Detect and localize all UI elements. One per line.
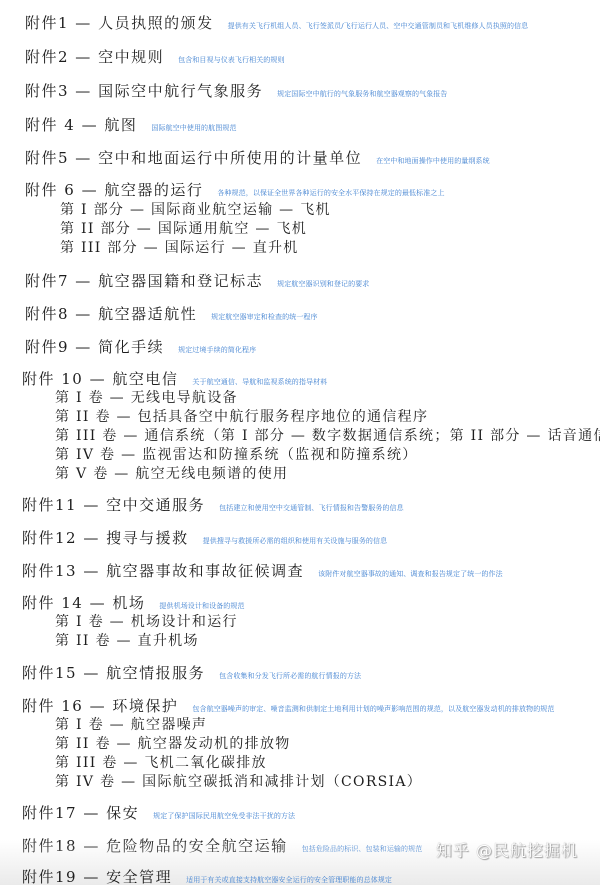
annex-description: 包括建立和使用空中交通管制、飞行情报和告警服务的信息 <box>219 503 404 513</box>
annex-16-volume-2: 第 II 卷 — 航空器发动机的排放物 <box>55 733 291 753</box>
annex-1-row: 附件1 — 人员执照的颁发 提供有关飞行机组人员、飞行签派员/飞行运行人员、空中… <box>25 12 528 33</box>
annex-10-volume-3: 第 III 卷 — 通信系统（第 I 部分 — 数字数据通信系统；第 II 部分… <box>55 425 600 445</box>
annex-title: 附件13 — 航空器事故和事故征候调查 <box>22 560 304 581</box>
annex-9-row: 附件9 — 简化手续 规定过境手续的简化程序 <box>25 336 256 357</box>
annex-7-row: 附件7 — 航空器国籍和登记标志 规定航空器识别和登记的要求 <box>25 270 369 291</box>
annex-5-row: 附件5 — 空中和地面运行中所使用的计量单位 在空中和地面操作中使用的量纲系统 <box>25 147 490 168</box>
annex-3-row: 附件3 — 国际空中航行气象服务 规定国际空中航行的气象服务和航空器观察的气象报… <box>25 80 448 101</box>
annex-title: 附件11 — 空中交通服务 <box>22 494 205 515</box>
annex-title: 附件17 — 保安 <box>22 802 139 823</box>
annex-14-row: 附件 14 — 机场 提供机场设计和设备的规范 <box>22 592 245 613</box>
annex-description: 在空中和地面操作中使用的量纲系统 <box>376 156 490 166</box>
annex-13-row: 附件13 — 航空器事故和事故征候调查 该附件对航空器事故的通知、调查和报告规定… <box>22 560 503 581</box>
annex-description: 规定国际空中航行的气象服务和航空器观察的气象报告 <box>277 89 447 99</box>
annex-description: 适用于有关或直接支持航空器安全运行的安全管理职能的总体规定 <box>186 875 392 885</box>
annex-description: 规定航空器识别和登记的要求 <box>277 279 369 289</box>
annex-16-volume-3: 第 III 卷 — 飞机二氧化碳排放 <box>55 752 267 772</box>
annex-17-row: 附件17 — 保安 规定了保护国际民用航空免受非法干扰的方法 <box>22 802 295 823</box>
annex-title: 附件3 — 国际空中航行气象服务 <box>25 80 263 101</box>
annex-title: 附件19 — 安全管理 <box>22 866 172 885</box>
annex-description: 关于航空通信、导航和监视系统的指导材料 <box>192 377 327 387</box>
annex-description: 各种规范，以保证全世界各种运行的安全水平保持在规定的最低标准之上 <box>217 188 444 198</box>
annex-10-volume-1: 第 I 卷 — 无线电导航设备 <box>55 387 238 407</box>
annex-description: 包含收集和分发飞行所必需的航行情报的方法 <box>219 671 361 681</box>
annex-title: 附件 6 — 航空器的运行 <box>25 179 203 200</box>
annex-description: 国际航空中使用的航图规范 <box>151 123 236 133</box>
annex-description: 包含和目视与仪表飞行相关的规则 <box>178 55 285 65</box>
annex-6-part-3: 第 III 部分 — 国际运行 — 直升机 <box>60 237 299 257</box>
annex-19-row: 附件19 — 安全管理 适用于有关或直接支持航空器安全运行的安全管理职能的总体规… <box>22 866 392 885</box>
zhihu-watermark: 知乎 @民航挖掘机 <box>436 838 578 861</box>
annex-title: 附件2 — 空中规则 <box>25 46 164 67</box>
annex-14-volume-2: 第 II 卷 — 直升机场 <box>55 630 199 650</box>
annex-15-row: 附件15 — 航空情报服务 包含收集和分发飞行所必需的航行情报的方法 <box>22 662 361 683</box>
annex-title: 附件 10 — 航空电信 <box>22 368 178 389</box>
annex-10-volume-2: 第 II 卷 — 包括具备空中航行服务程序地位的通信程序 <box>55 406 428 426</box>
annex-description: 包含航空器噪声的审定、噪音监测和供制定土地利用计划的噪声影响范围的规范，以及航空… <box>192 704 554 714</box>
annex-description: 提供搜寻与救援所必需的组织和使用有关设施与服务的信息 <box>203 536 388 546</box>
annex-title: 附件7 — 航空器国籍和登记标志 <box>25 270 263 291</box>
annex-16-row: 附件 16 — 环境保护 包含航空器噪声的审定、噪音监测和供制定土地利用计划的噪… <box>22 695 555 716</box>
annex-title: 附件8 — 航空器适航性 <box>25 303 197 324</box>
annex-title: 附件12 — 搜寻与援救 <box>22 527 189 548</box>
annex-description: 该附件对航空器事故的通知、调查和报告规定了统一的作法 <box>318 569 503 579</box>
annex-title: 附件 4 — 航图 <box>25 114 137 135</box>
annex-title: 附件9 — 简化手续 <box>25 336 164 357</box>
annex-10-volume-4: 第 IV 卷 — 监视雷达和防撞系统（监视和防撞系统） <box>55 444 418 464</box>
annex-title: 附件15 — 航空情报服务 <box>22 662 205 683</box>
annex-8-row: 附件8 — 航空器适航性 规定航空器审定和检查的统一程序 <box>25 303 318 324</box>
annex-description: 规定过境手续的简化程序 <box>178 345 256 355</box>
annex-10-row: 附件 10 — 航空电信 关于航空通信、导航和监视系统的指导材料 <box>22 368 327 389</box>
annex-description: 规定了保护国际民用航空免受非法干扰的方法 <box>153 811 295 821</box>
annex-6-part-2: 第 II 部分 — 国际通用航空 — 飞机 <box>60 218 307 238</box>
annex-16-volume-1: 第 I 卷 — 航空器噪声 <box>55 714 207 734</box>
annex-11-row: 附件11 — 空中交通服务 包括建立和使用空中交通管制、飞行情报和告警服务的信息 <box>22 494 404 515</box>
annex-6-row: 附件 6 — 航空器的运行 各种规范，以保证全世界各种运行的安全水平保持在规定的… <box>25 179 445 200</box>
annex-title: 附件5 — 空中和地面运行中所使用的计量单位 <box>25 147 362 168</box>
annex-10-volume-5: 第 V 卷 — 航空无线电频谱的使用 <box>55 463 288 483</box>
annex-title: 附件1 — 人员执照的颁发 <box>25 12 214 33</box>
annex-description: 规定航空器审定和检查的统一程序 <box>211 312 318 322</box>
annex-2-row: 附件2 — 空中规则 包含和目视与仪表飞行相关的规则 <box>25 46 285 67</box>
annex-12-row: 附件12 — 搜寻与援救 提供搜寻与救援所必需的组织和使用有关设施与服务的信息 <box>22 527 387 548</box>
annex-title: 附件 16 — 环境保护 <box>22 695 178 716</box>
annex-6-part-1: 第 I 部分 — 国际商业航空运输 — 飞机 <box>60 199 331 219</box>
annex-description: 提供机场设计和设备的规范 <box>159 601 244 611</box>
annex-4-row: 附件 4 — 航图 国际航空中使用的航图规范 <box>25 114 237 135</box>
annex-14-volume-1: 第 I 卷 — 机场设计和运行 <box>55 611 238 631</box>
annex-title: 附件 14 — 机场 <box>22 592 145 613</box>
annex-description: 提供有关飞行机组人员、飞行签派员/飞行运行人员、空中交通管制员和飞机维修人员执照… <box>228 21 529 31</box>
annex-16-volume-4: 第 IV 卷 — 国际航空碳抵消和减排计划（CORSIA） <box>55 771 422 791</box>
